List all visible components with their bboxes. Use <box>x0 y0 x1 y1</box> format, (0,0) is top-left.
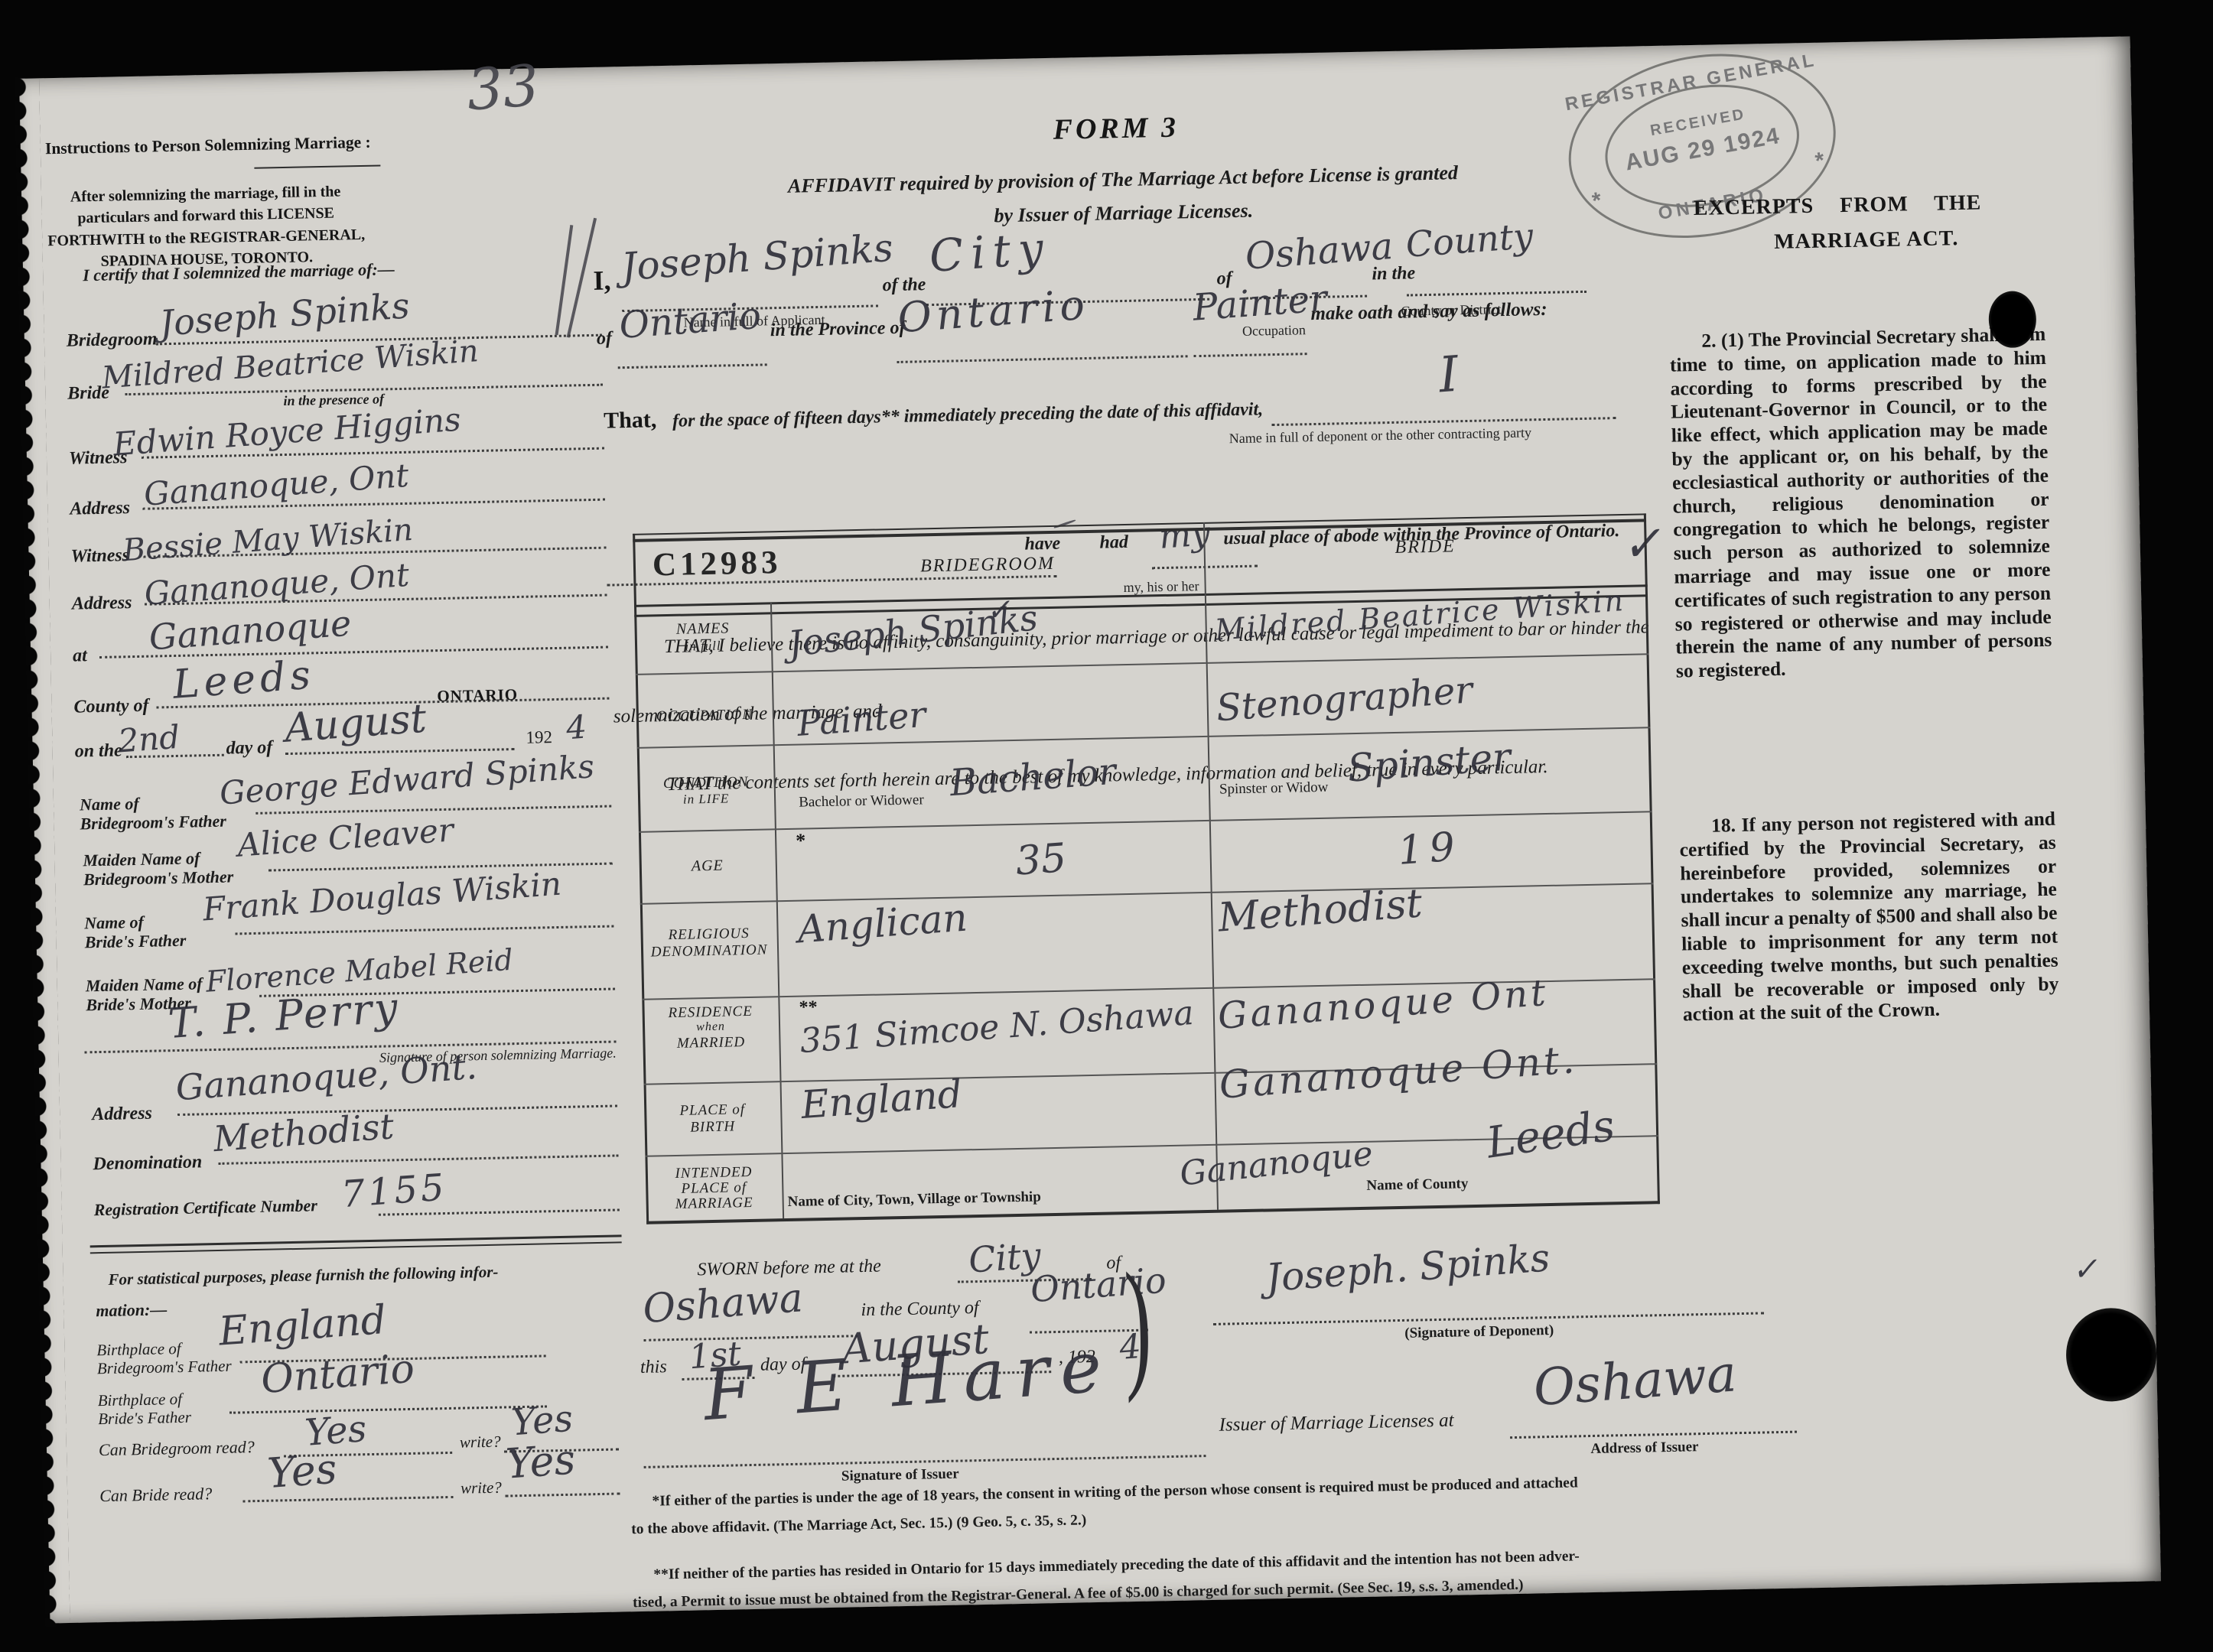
write-label: write? <box>460 1432 501 1452</box>
birth-bride-value: Gananoque Ont. <box>1218 1037 1579 1107</box>
label-line: Bride's Father <box>98 1408 191 1428</box>
county-word: County <box>1404 215 1534 265</box>
religion-groom-value: Anglican <box>796 896 969 952</box>
address2-value: Gananoque, Ont <box>143 556 411 613</box>
bp-bride-label: Birthplace ofBride's Father <box>97 1390 191 1429</box>
day-value: 2nd <box>117 718 181 760</box>
instructions-body: After solemnizing the marriage, fill in … <box>43 180 369 274</box>
of2-label: of <box>597 328 613 349</box>
row-label-occupation: OCCUPATION <box>636 706 773 726</box>
deponent-caption: (Signature of Deponent) <box>1404 1322 1554 1342</box>
label-line: Maiden Name of <box>86 974 203 995</box>
father-groom-label: Name ofBridegroom's Father <box>80 792 226 834</box>
had-word: had <box>1099 532 1128 554</box>
issuer-caption: Signature of Issuer <box>841 1466 959 1485</box>
age-groom-value: 35 <box>1014 835 1068 885</box>
dotted-line <box>1407 291 1587 297</box>
applicant-name: Joseph Spinks <box>620 226 894 290</box>
county-name-value: Ontario <box>618 294 763 347</box>
scanned-document: 33 Instructions to Person Solemnizing Ma… <box>0 0 2213 1652</box>
bridegroom-name: Joseph Spinks <box>158 285 411 344</box>
bp-groom-value: England <box>217 1297 388 1355</box>
label-line: Birthplace of <box>97 1390 182 1410</box>
sworn-this: this <box>640 1357 667 1378</box>
mother-groom-value: Alice Cleaver <box>236 811 455 863</box>
condition-groom-value: Bachelor <box>949 750 1118 805</box>
in-the-label: in the <box>1372 263 1415 285</box>
residence-bride-value: Gananoque Ont <box>1216 971 1550 1038</box>
stats-heading-line1: For statistical purposes, please furnish… <box>108 1263 498 1289</box>
dotted-line <box>1194 353 1307 357</box>
divider <box>254 164 380 168</box>
regno-label: Registration Certificate Number <box>93 1195 317 1220</box>
mother-groom-label: Maiden Name ofBridegroom's Mother <box>83 847 233 889</box>
i-label: I, <box>593 264 611 296</box>
make-oath-label: make oath and say as follows: <box>1310 299 1547 325</box>
check-mark: ✓ <box>985 592 1012 627</box>
sworn-brace: ) <box>1123 1241 1153 1408</box>
at-value: Gananoque <box>148 602 353 658</box>
table-row-line <box>639 811 1652 833</box>
place-type-city: City <box>928 222 1053 282</box>
address3-label: Address <box>92 1104 152 1126</box>
occupation-bride-value: Stenographer <box>1215 668 1474 730</box>
occupation-sub-label: Occupation <box>1242 322 1306 340</box>
bp-bride-value: Ontario <box>259 1346 416 1403</box>
deckle-edge <box>15 75 70 1626</box>
have-word: have <box>1024 534 1060 555</box>
label-line: Bridegroom's Father <box>97 1357 232 1378</box>
intended-city-sub: Name of City, Town, Village or Township <box>787 1189 1041 1211</box>
label-line: Name of <box>80 794 139 815</box>
sworn-place-name: Oshawa <box>641 1275 804 1332</box>
on-the-label: on the <box>74 740 122 762</box>
at-label: at <box>73 646 87 666</box>
column-header-bridegroom: BRIDEGROOM <box>771 551 1204 580</box>
dotted-line <box>618 363 767 369</box>
label-line: Bride's Father <box>84 931 186 952</box>
residence-footnote-stars: ** <box>799 997 818 1018</box>
dotted-line <box>219 1154 619 1164</box>
regno-value: 7155 <box>340 1166 448 1216</box>
row-label-residence2: when <box>643 1019 779 1036</box>
ontario-printed: ONTARIO <box>437 685 518 706</box>
dotted-line <box>505 1493 620 1498</box>
address3-value: Gananoque, Ont. <box>174 1046 478 1108</box>
dotted-line <box>897 355 1188 363</box>
table-row-line <box>640 883 1654 905</box>
age-bride-value: 19 <box>1397 824 1463 874</box>
row-label-residence3: MARRIED <box>643 1033 779 1053</box>
can-bride-write-value: Yes <box>504 1435 577 1488</box>
dotted-line <box>268 863 613 872</box>
table-row-line <box>636 653 1649 675</box>
paper: 33 Instructions to Person Solemnizing Ma… <box>19 37 2161 1624</box>
row-label-birth2: BIRTH <box>645 1117 781 1137</box>
father-groom-value: George Edward Spinks <box>218 747 595 811</box>
stats-heading-line2: mation:— <box>96 1299 167 1321</box>
denomination-label: Denomination <box>93 1152 202 1175</box>
row-label-names2: in full <box>635 637 771 655</box>
father-bride-label: Name ofBride's Father <box>84 912 187 952</box>
dotted-line <box>1510 1431 1797 1439</box>
instructions-title: Instructions to Person Solemnizing Marri… <box>44 133 373 159</box>
issuer-signature: F E Hare <box>701 1325 1115 1436</box>
registrar-general-stamp: REGISTRAR GENERAL RECEIVED AUG 29 1924 O… <box>1554 34 1850 259</box>
deponent-signature: Joseph. Spinks <box>1264 1235 1551 1300</box>
row-label-intended3: MARRIAGE <box>646 1194 783 1214</box>
issuer-place: Oshawa <box>1531 1344 1739 1417</box>
intended-county-sub: Name of County <box>1366 1176 1468 1195</box>
dotted-line <box>235 925 613 935</box>
condition-bride-value: Spinster <box>1346 734 1512 790</box>
dotted-line <box>643 1335 858 1341</box>
address1-label: Address <box>70 498 130 520</box>
row-label-age: AGE <box>639 856 776 876</box>
label-line: Birthplace of <box>96 1339 181 1359</box>
label-line: Bridegroom's Father <box>80 811 226 834</box>
excerpt-section-18: 18. If any person not registered with an… <box>1679 808 2059 1027</box>
condition-groom-sub: Bachelor or Widower <box>799 792 924 811</box>
religion-bride-value: Methodist <box>1216 880 1424 941</box>
month-value: August <box>283 696 428 752</box>
certificate-number: C12983 <box>652 544 782 584</box>
can-bride-read-label: Can Bride read? <box>99 1484 213 1506</box>
row-label-condition2: in LIFE <box>638 790 774 808</box>
label-line: Name of <box>84 912 144 933</box>
father-bride-value: Frank Douglas Wiskin <box>201 865 562 928</box>
label-line: Bridegroom's Mother <box>83 867 234 889</box>
occupation-value: Painter <box>1191 277 1328 330</box>
handwritten-note-33: 33 <box>464 53 541 124</box>
label-line: Maiden Name of <box>83 848 200 870</box>
bp-groom-label: Birthplace ofBridegroom's Father <box>96 1338 232 1378</box>
day-of-label: day of <box>226 737 272 759</box>
county-label: County of <box>73 696 149 718</box>
check-mark: ✓ <box>2071 1251 2099 1288</box>
age-footnote-star: * <box>796 829 806 852</box>
divider <box>90 1234 622 1247</box>
witness2-label: Witness <box>70 545 129 567</box>
dotted-line <box>177 1104 617 1116</box>
row-label-names: NAMES <box>634 619 770 639</box>
deponent-mark: I <box>1437 346 1461 405</box>
occupation-groom-value: Painter <box>796 694 927 744</box>
deponent-sub-label: Name in full of deponent or the other co… <box>1229 424 1532 447</box>
residence-groom-value: 351 Simcoe N. Oshawa <box>799 993 1195 1061</box>
that-body: for the space of fifteen days** immediat… <box>672 399 1263 431</box>
bridegroom-label: Bridegroom <box>67 329 158 351</box>
intended-county-value: Leeds <box>1483 1101 1618 1168</box>
county-value: Leeds <box>171 652 317 708</box>
condition-bride-sub: Spinster or Widow <box>1219 779 1329 798</box>
dotted-line <box>1271 417 1616 426</box>
address2-label: Address <box>72 593 132 615</box>
year-printed: 192 <box>526 727 552 748</box>
in-province-of-label: in the Province of <box>770 318 906 342</box>
issuer-addr-caption: Address of Issuer <box>1590 1439 1699 1458</box>
year-value: 4 <box>565 708 587 747</box>
that-label: That, <box>604 407 657 434</box>
issuer-at-label: Issuer of Marriage Licenses at <box>1219 1410 1453 1436</box>
form-title: FORM 3 <box>1053 110 1179 146</box>
punch-hole <box>2065 1307 2157 1402</box>
row-label-religion2: DENOMINATION <box>641 941 777 961</box>
pen-stroke <box>1053 519 1076 529</box>
dotted-line <box>229 1405 547 1413</box>
can-bride-read-value: Yes <box>265 1445 338 1498</box>
table-border <box>1644 513 1660 1204</box>
can-groom-read-label: Can Bridegroom read? <box>99 1437 255 1460</box>
write-label2: write? <box>460 1478 502 1498</box>
excerpt-section-2: 2. (1) The Provincial Secretary shall fr… <box>1669 323 2052 684</box>
